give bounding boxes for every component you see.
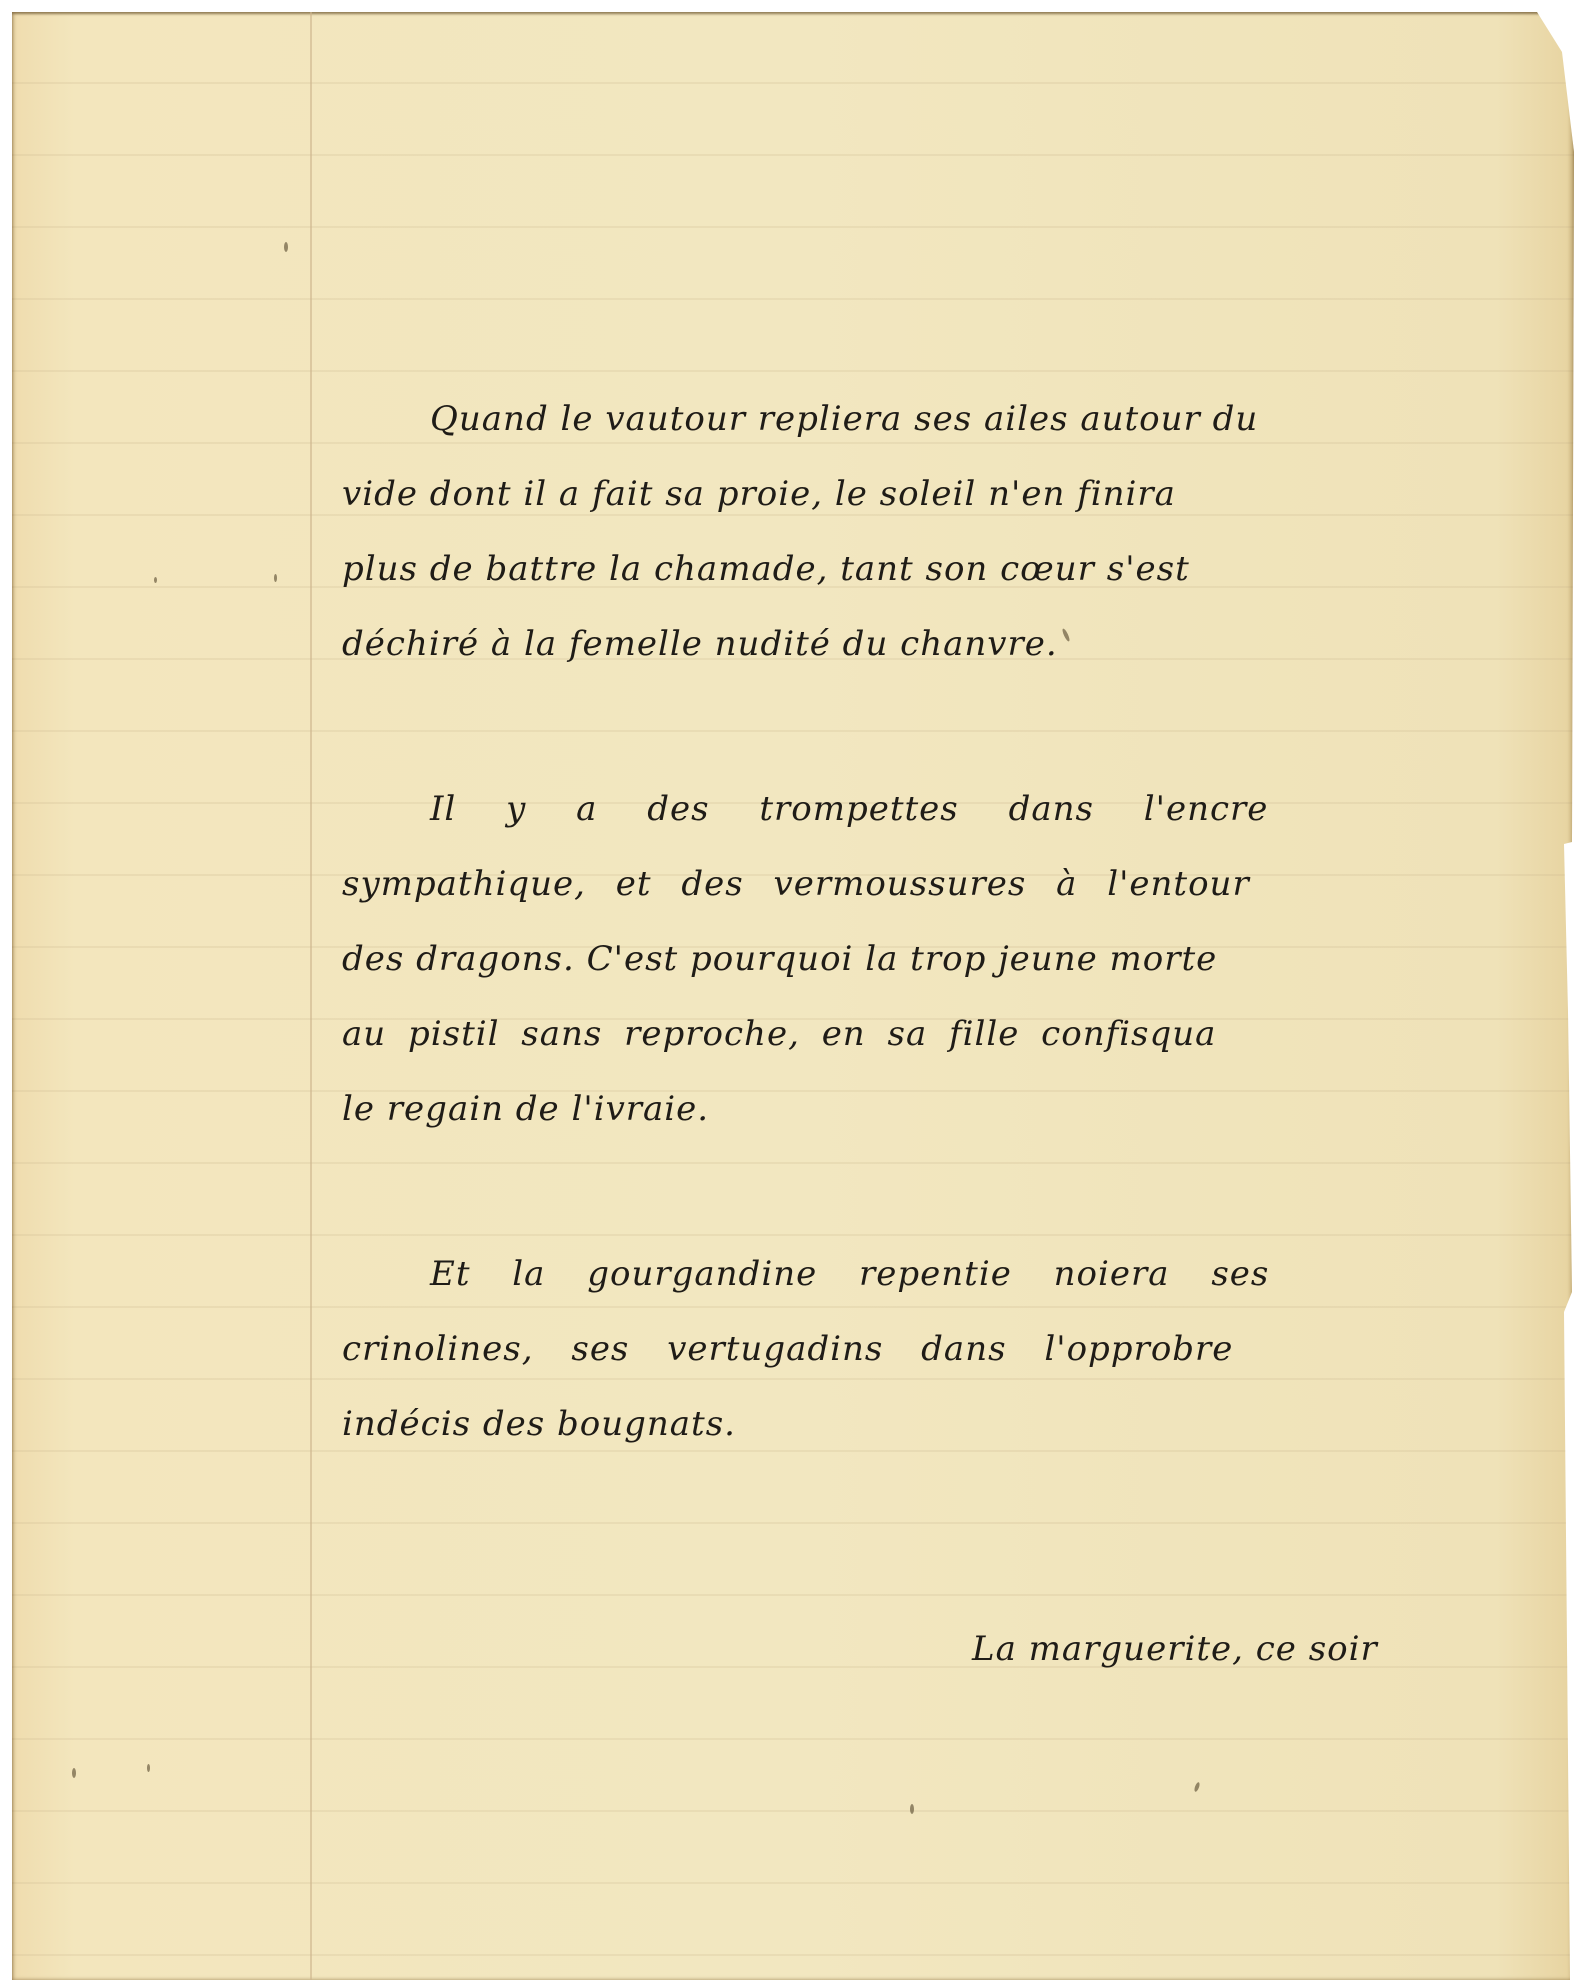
ink-speck <box>284 242 288 252</box>
paragraph-1-line-4: déchiré à la femelle nudité du chanvre. <box>342 627 1058 661</box>
ink-speck <box>1061 628 1071 642</box>
ink-speck <box>147 1764 150 1772</box>
paragraph-1-line-3: plus de battre la chamade, tant son cœur… <box>342 552 1452 586</box>
ink-speck <box>274 574 277 582</box>
paragraph-2-line-3: des dragons. C'est pourquoi la trop jeun… <box>342 942 1217 976</box>
paragraph-2-line-1: Il y a des trompettes dans l'encre <box>430 792 1452 826</box>
notebook-page: Quand le vautour repliera ses ailes auto… <box>12 12 1574 1980</box>
paragraph-1-line-2: vide dont il a fait sa proie, le soleil … <box>342 477 1452 511</box>
margin-rule <box>310 12 312 1980</box>
paragraph-2-line-5: le regain de l'ivraie. <box>342 1092 709 1126</box>
ink-speck <box>1193 1782 1200 1793</box>
ink-speck <box>72 1768 76 1778</box>
paragraph-1-line-1: Quand le vautour repliera ses ailes auto… <box>430 402 1452 436</box>
paragraph-3-line-2: crinolines, ses vertugadins dans l'oppro… <box>342 1332 1233 1366</box>
paragraph-2-line-2: sympathique, et des vermoussures à l'ent… <box>342 867 1250 901</box>
ink-speck <box>910 1804 914 1814</box>
paragraph-3-line-1: Et la gourgandine repentie noiera ses <box>430 1257 1269 1291</box>
ink-speck <box>154 577 157 583</box>
paragraph-3-line-3: indécis des bougnats. <box>342 1407 736 1441</box>
paragraph-2-line-4: au pistil sans reproche, en sa fille con… <box>342 1017 1216 1051</box>
signature: La marguerite, ce soir <box>972 1632 1378 1666</box>
